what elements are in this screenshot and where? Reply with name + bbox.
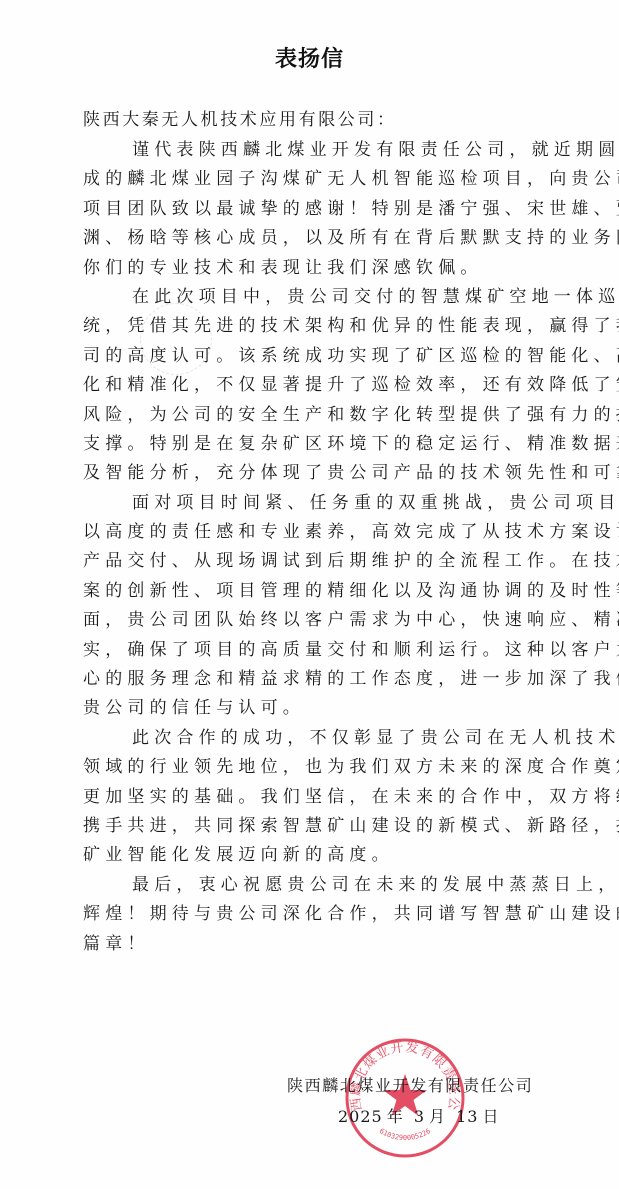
paragraph-line: 在此次项目中，贵公司交付的智慧煤矿空地一体巡检系: [83, 283, 533, 312]
date-day-unit: 日: [482, 1107, 499, 1126]
paragraph-1: 谨代表陕西麟北煤业开发有限责任公司，就近期圆满完 成的麟北煤业园子沟煤矿无人机智…: [83, 136, 533, 283]
salutation: 陕西大秦无人机技术应用有限公司：: [83, 105, 397, 130]
letter-body: 谨代表陕西麟北煤业开发有限责任公司，就近期圆满完 成的麟北煤业园子沟煤矿无人机智…: [83, 136, 533, 959]
svg-text:6103290005226: 6103290005226: [378, 1127, 432, 1142]
paragraph-4: 此次合作的成功，不仅彰显了贵公司在无人机技术应用 领域的行业领先地位，也为我们双…: [83, 724, 533, 871]
signature-date: 2025年 3月 13日: [338, 1104, 504, 1127]
paragraph-line: 此次合作的成功，不仅彰显了贵公司在无人机技术应用: [83, 724, 533, 753]
signature-company: 陕西麟北煤业开发有限责任公司: [287, 1073, 533, 1096]
paragraph-line: 成的麟北煤业园子沟煤矿无人机智能巡检项目，向贵公司及: [83, 165, 533, 194]
paragraph-line: 面，贵公司团队始终以客户需求为中心，快速响应、精准落: [83, 606, 533, 635]
date-month: 3: [414, 1107, 425, 1126]
paragraph-2: 在此次项目中，贵公司交付的智慧煤矿空地一体巡检系 统，凭借其先进的技术架构和优异…: [83, 283, 533, 489]
paragraph-line: 你们的专业技术和表现让我们深感钦佩。: [83, 254, 533, 283]
paragraph-line: 领域的行业领先地位，也为我们双方未来的深度合作奠定了: [83, 753, 533, 782]
paragraph-line: 统，凭借其先进的技术架构和优异的性能表现，赢得了我公: [83, 312, 533, 341]
seal-icon: 陕西麟北煤业开发有限责任公司 6103290005226: [343, 1036, 467, 1160]
paragraph-3: 面对项目时间紧、任务重的双重挑战，贵公司项目团队 以高度的责任感和专业素养，高效…: [83, 489, 533, 724]
date-day: 13: [456, 1107, 478, 1126]
paragraph-line: 实，确保了项目的高质量交付和顺利运行。这种以客户为中: [83, 636, 533, 665]
paragraph-line: 谨代表陕西麟北煤业开发有限责任公司，就近期圆满完: [83, 136, 533, 165]
paragraph-line: 渊、杨晗等核心成员，以及所有在背后默默支持的业务同事，: [83, 224, 533, 253]
paragraph-line: 化和精准化，不仅显著提升了巡检效率，还有效降低了安全: [83, 371, 533, 400]
letter-title: 表扬信: [0, 42, 619, 73]
official-seal-stamp: 陕西麟北煤业开发有限责任公司 6103290005226: [343, 1036, 467, 1160]
paragraph-line: 风险，为公司的安全生产和数字化转型提供了强有力的技术: [83, 401, 533, 430]
paragraph-line: 贵公司的信任与认可。: [83, 694, 533, 723]
paragraph-line: 更加坚实的基础。我们坚信，在未来的合作中，双方将继续: [83, 783, 533, 812]
paragraph-line: 矿业智能化发展迈向新的高度。: [83, 841, 533, 870]
paragraph-line: 携手共进，共同探索智慧矿山建设的新模式、新路径，推动: [83, 812, 533, 841]
paragraph-line: 案的创新性、项目管理的精细化以及沟通协调的及时性等方: [83, 577, 533, 606]
paragraph-line: 及智能分析，充分体现了贵公司产品的技术领先性和可靠性。: [83, 459, 533, 488]
paragraph-line: 司的高度认可。该系统成功实现了矿区巡检的智能化、高效: [83, 342, 533, 371]
paragraph-line: 产品交付、从现场调试到后期维护的全流程工作。在技术方: [83, 547, 533, 576]
paragraph-line: 心的服务理念和精益求精的工作态度，进一步加深了我们对: [83, 665, 533, 694]
paragraph-line: 最后，衷心祝愿贵公司在未来的发展中蒸蒸日上，再创: [83, 871, 533, 900]
date-month-unit: 月: [429, 1107, 446, 1126]
paragraph-line: 以高度的责任感和专业素养，高效完成了从技术方案设计到: [83, 518, 533, 547]
paragraph-line: 面对项目时间紧、任务重的双重挑战，贵公司项目团队: [83, 489, 533, 518]
paragraph-line: 篇章！: [83, 930, 533, 959]
paragraph-line: 辉煌！期待与贵公司深化合作，共同谱写智慧矿山建设的新: [83, 900, 533, 929]
paragraph-line: 支撑。特别是在复杂矿区环境下的稳定运行、精准数据采集: [83, 430, 533, 459]
paragraph-line: 项目团队致以最诚挚的感谢！特别是潘宁强、宋世雄、贾韬: [83, 195, 533, 224]
paragraph-5: 最后，衷心祝愿贵公司在未来的发展中蒸蒸日上，再创 辉煌！期待与贵公司深化合作，共…: [83, 871, 533, 959]
seal-code: 6103290005226: [378, 1127, 432, 1142]
date-year-unit: 年: [387, 1107, 404, 1126]
date-year: 2025: [338, 1107, 383, 1126]
letter-page: 表扬信 陕西大秦无人机技术应用有限公司： 谨代表陕西麟北煤业开发有限责任公司，就…: [0, 0, 619, 1189]
